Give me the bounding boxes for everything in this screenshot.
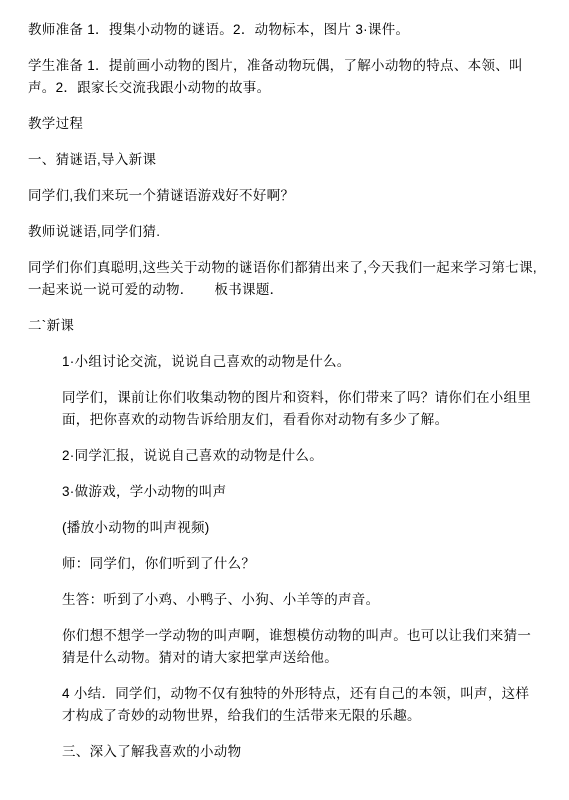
paragraph: (播放小动物的叫声视频): [28, 517, 543, 539]
document-page: 教师准备 1．搜集小动物的谜语。2．动物标本，图片 3·课件。学生准备 1．提前…: [0, 0, 569, 800]
paragraph: 3·做游戏，学小动物的叫声: [28, 481, 543, 503]
paragraph: 4 小结．同学们，动物不仅有独特的外形特点，还有自己的本领，叫声，这样才构成了奇…: [28, 683, 543, 727]
paragraph: 2·同学汇报，说说自己喜欢的动物是什么。: [28, 445, 543, 467]
paragraph: 生答：听到了小鸡、小鸭子、小狗、小羊等的声音。: [28, 589, 543, 611]
paragraph: 1·小组讨论交流，说说自己喜欢的动物是什么。: [28, 351, 543, 373]
paragraph: 二`新课: [28, 315, 543, 337]
paragraph: 教师准备 1．搜集小动物的谜语。2．动物标本，图片 3·课件。: [28, 19, 543, 41]
paragraph: 教学过程: [28, 113, 543, 135]
paragraph: 你们想不想学一学动物的叫声啊，谁想模仿动物的叫声。也可以让我们来猜一猜是什么动物…: [28, 625, 543, 669]
paragraph: 师：同学们，你们听到了什么？: [28, 553, 543, 575]
paragraph: 同学们，课前让你们收集动物的图片和资料，你们带来了吗？请你们在小组里面，把你喜欢…: [28, 387, 543, 431]
paragraph: 同学们,我们来玩一个猜谜语游戏好不好啊？: [28, 185, 543, 207]
paragraph: 学生准备 1．提前画小动物的图片，准备动物玩偶，了解小动物的特点、本领、叫声。2…: [28, 55, 543, 99]
paragraph: 教师说谜语,同学们猜.: [28, 221, 543, 243]
paragraph: 同学们你们真聪明,这些关于动物的谜语你们都猜出来了,今天我们一起来学习第七课,一…: [28, 257, 543, 301]
paragraph: 一、猜谜语,导入新课: [28, 149, 543, 171]
paragraph: 三、深入了解我喜欢的小动物: [28, 741, 543, 763]
